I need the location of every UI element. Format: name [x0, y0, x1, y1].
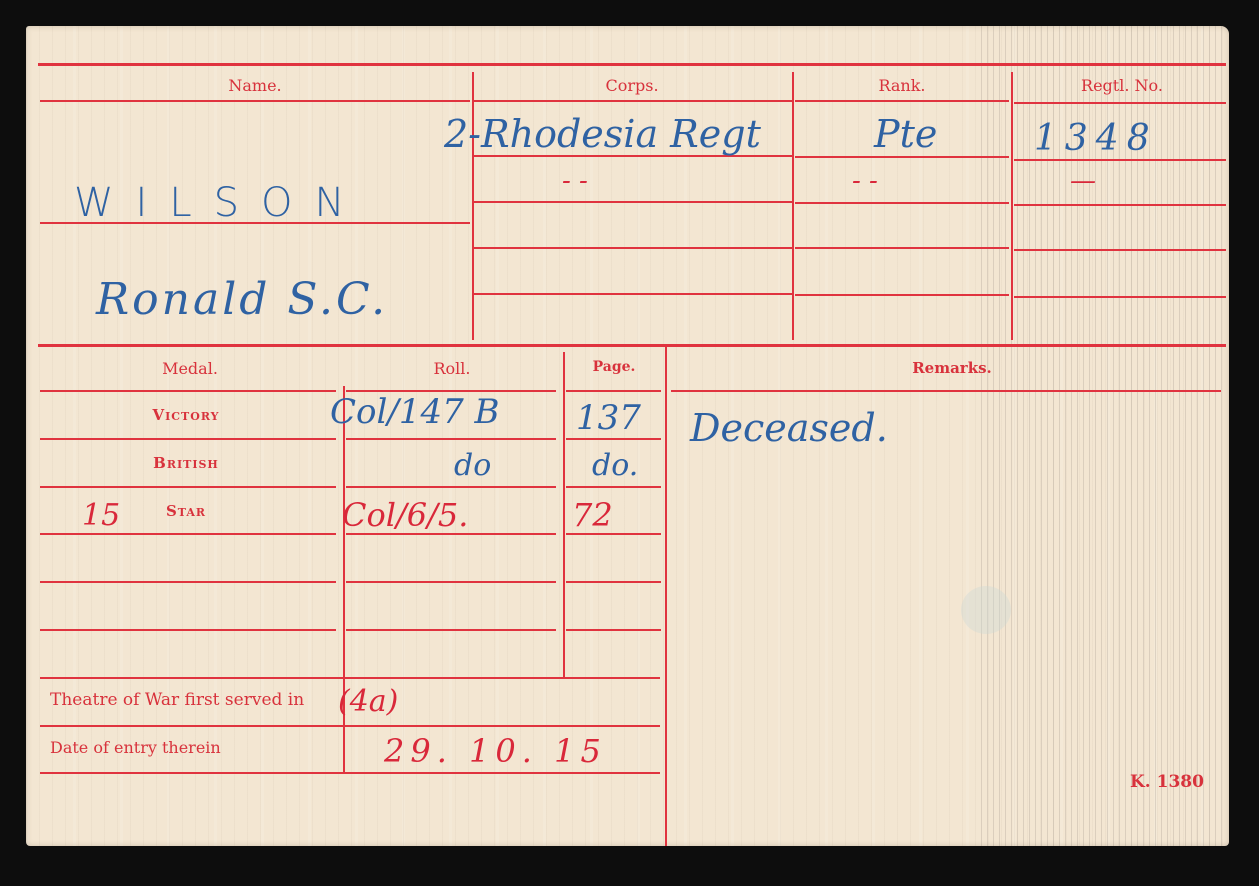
rule [40, 725, 660, 727]
rule [346, 486, 556, 488]
medal-label-british: British [153, 454, 219, 472]
rule [795, 247, 1009, 249]
rule [1014, 204, 1226, 206]
header-rank: Rank. [878, 76, 925, 95]
column-divider [1011, 72, 1013, 340]
forenames: Ronald S.C. [96, 274, 388, 325]
medal-index-card: Name. Corps. Rank. Regtl. No. Medal. Rol… [26, 26, 1229, 846]
rule [346, 581, 556, 583]
rule [671, 390, 1221, 392]
regtl-no-value: 1348 [1034, 118, 1158, 159]
faded-stamp-mark [961, 586, 1011, 634]
header-roll: Roll. [434, 359, 471, 378]
rule [795, 294, 1009, 296]
rule [566, 581, 661, 583]
rule [474, 293, 792, 295]
rule [566, 390, 661, 392]
header-name: Name. [228, 76, 281, 95]
column-divider [665, 346, 667, 846]
rule [40, 677, 660, 679]
label-entry-date: Date of entry therein [50, 738, 221, 757]
corps-value: 2-Rhodesia Regt [444, 112, 761, 156]
rule [1014, 249, 1226, 251]
regtl-no-ditto: — [1070, 166, 1096, 196]
rule [474, 247, 792, 249]
rule [474, 100, 792, 102]
roll-star: Col/6/5. [342, 496, 468, 534]
rule [40, 438, 336, 440]
rule [566, 486, 661, 488]
theatre-value: (4a) [338, 684, 398, 719]
label-theatre: Theatre of War first served in [50, 690, 304, 710]
rule [40, 629, 336, 631]
rule [1014, 102, 1226, 104]
column-divider [563, 352, 565, 677]
rule [1014, 159, 1226, 161]
rule [346, 438, 556, 440]
rank-ditto: - - [852, 166, 878, 196]
rule [40, 533, 336, 535]
rule [40, 486, 336, 488]
medal-label-victory: Victory [153, 406, 220, 424]
rule [795, 202, 1009, 204]
rule [795, 100, 1009, 102]
rule [40, 390, 336, 392]
entry-date-value: 29. 10. 15 [384, 732, 607, 770]
rank-value: Pte [874, 112, 937, 156]
rule [1014, 296, 1226, 298]
header-medal: Medal. [162, 359, 218, 378]
corps-ditto: - - [562, 166, 588, 196]
header-page: Page. [593, 359, 636, 375]
header-remarks: Remarks. [912, 359, 992, 377]
roll-victory: Col/147 B [330, 392, 500, 432]
header-regtl-no: Regtl. No. [1081, 76, 1163, 95]
roll-british: do [454, 448, 491, 483]
rule-top [38, 63, 1226, 66]
rule-section [38, 344, 1226, 347]
rule [346, 629, 556, 631]
page-british: do. [592, 448, 638, 483]
surname: WILSON [74, 180, 366, 226]
star-prefix: 15 [82, 498, 120, 533]
form-number: K. 1380 [1130, 772, 1204, 792]
rule [40, 581, 336, 583]
header-corps: Corps. [605, 76, 658, 95]
rule [795, 156, 1009, 158]
column-divider [792, 72, 794, 340]
page-star: 72 [572, 496, 613, 534]
rule [40, 772, 660, 774]
rule [40, 100, 470, 102]
page-victory: 137 [576, 398, 641, 438]
rule [474, 201, 792, 203]
rule [566, 629, 661, 631]
remarks-value: Deceased. [690, 406, 888, 450]
medal-label-star: Star [166, 502, 206, 520]
rule [566, 438, 661, 440]
